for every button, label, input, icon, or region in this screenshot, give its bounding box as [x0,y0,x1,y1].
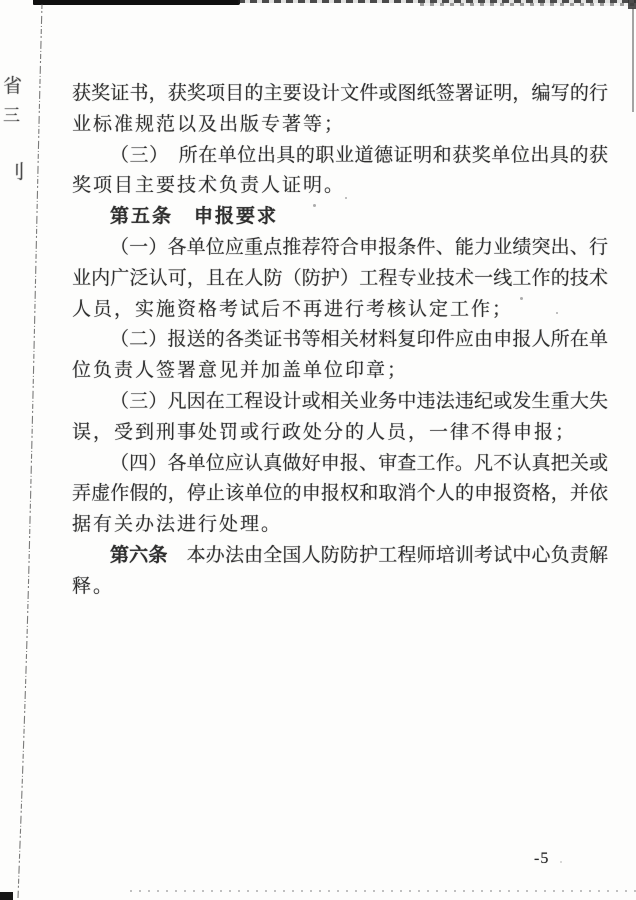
scan-artifact-right-edge-line [632,8,634,112]
fold-crease-line [0,0,60,900]
text-line: 业标准规范以及出版专著等； [72,110,608,141]
scan-speck [313,204,316,207]
text-line: 据有关办法进行处理。 [72,510,608,541]
margin-mark: 省 [3,71,22,98]
document-body-text: 获奖证书，获奖项目的主要设计文件或图纸签署证明，编写的行业标准规范以及出版专著等… [72,79,608,603]
scan-speck [560,861,562,863]
scan-speck [520,297,523,300]
margin-mark: 刂 [6,157,25,184]
scan-artifact-bottom-left-smudge [0,892,13,900]
text-line: 获奖证书，获奖项目的主要设计文件或图纸签署证明，编写的行 [72,79,608,110]
text-line: （三） 所在单位出具的职业道德证明和获奖单位出具的获 [72,141,608,172]
scan-artifact-bottom-edge-dots [130,890,636,892]
text-line: 弄虚作假的，停止该单位的申报权和取消个人的申报资格，并依 [72,479,608,510]
text-line: （四）各单位应认真做好申报、审查工作。凡不认真把关或 [72,449,608,480]
text-line: （二）报送的各类证书等相关材料复印件应由申报人所在单 [72,325,608,356]
text-line: （一）各单位应重点推荐符合申报条件、能力业绩突出、行 [72,233,608,264]
text-line: 业内广泛认可，且在人防（防护）工程专业技术一线工作的技术 [72,264,608,295]
scan-artifact-top-edge-speckle [420,3,636,6]
text-line: 释。 [72,572,608,603]
text-line: 人员，实施资格考试后不再进行考核认定工作； [72,295,608,326]
text-line: 第六条 本办法由全国人防防护工程师培训考试中心负责解 [72,541,608,572]
text-line: 奖项目主要技术负责人证明。 [72,171,608,202]
margin-mark: 三 [3,101,20,126]
scan-artifact-top-edge-bar [33,0,240,5]
text-line: 位负责人签署意见并加盖单位印章； [72,356,608,387]
text-line: （三）凡因在工程设计或相关业务中违法违纪或发生重大失 [72,387,608,418]
page-number: -5 [534,850,549,868]
scan-speck [556,312,558,314]
text-line: 误，受到刑事处罚或行政处分的人员，一律不得申报； [72,418,608,449]
scan-speck [345,197,347,199]
text-line: 第五条 申报要求 [72,202,608,233]
scanned-document-page: 省三刂 获奖证书，获奖项目的主要设计文件或图纸签署证明，编写的行业标准规范以及出… [0,0,636,900]
